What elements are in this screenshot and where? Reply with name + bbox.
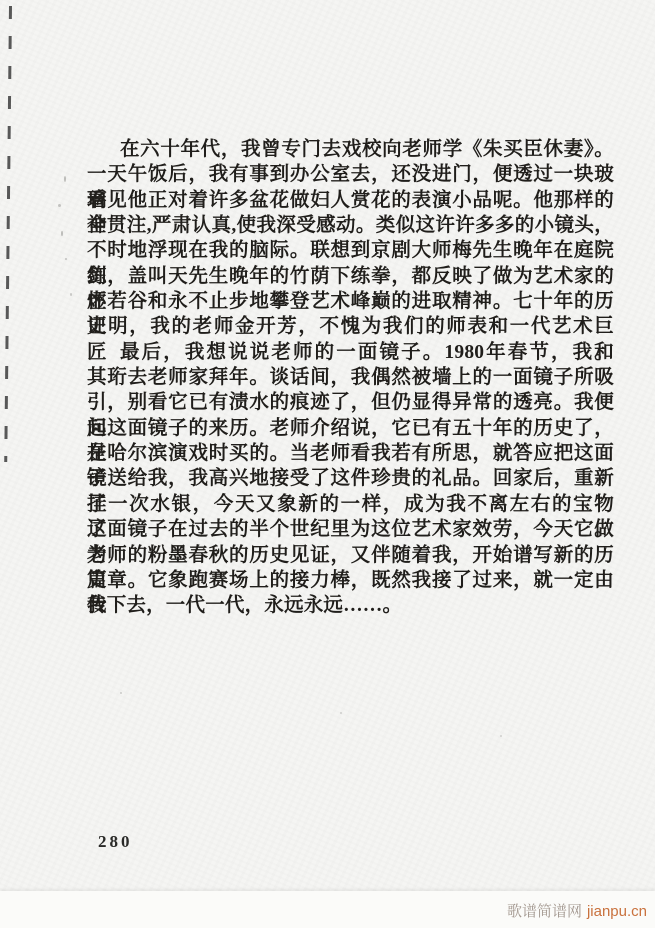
scan-speck [64, 176, 66, 182]
text-line: 证明，我的老师金开芳，不愧为我们的师表和一代艺术巨匠。 [87, 314, 614, 339]
text-line: 看见他正对着许多盆花做妇人赏花的表演小品呢。他那样的全 [87, 188, 614, 213]
text-line: 怀若谷和永不止步地攀登艺术峰巅的进取精神。七十年的历史 [87, 289, 614, 314]
text-line: 传下去，一代一代，永远永远……。 [87, 593, 614, 618]
text-line: 这面镜子在过去的半个世纪里为这位艺术家效劳，今天它做为 [87, 517, 614, 542]
watermark-site-name: 歌谱简谱网 [507, 903, 582, 920]
text-line: 老师的粉墨春秋的历史见证，又伴随着我，开始谱写新的历史 [87, 543, 614, 568]
binding-dash-line [4, 6, 11, 462]
page-number: 280 [98, 832, 133, 852]
watermark: 歌谱简谱网jianpu.cn [507, 900, 647, 921]
scan-speck [500, 735, 502, 737]
text-line: 剑，盖叫天先生晚年的竹荫下练拳，都反映了做为艺术家的虚 [87, 264, 614, 289]
page-text: 在六十年代，我曾专门去戏校向老师学《朱买臣休妻》。 一天午饭后，我有事到办公室去… [87, 137, 614, 619]
scan-speck [70, 293, 72, 296]
text-line: 在六十年代，我曾专门去戏校向老师学《朱买臣休妻》。 [87, 137, 614, 162]
scan-speck [65, 258, 67, 260]
text-line: 神贯注,严肃认真,使我深受感动。类似这许许多多的小镜头， [87, 213, 614, 238]
text-line: 篇章。它象跑赛场上的接力棒，既然我接了过来，就一定由我 [87, 568, 614, 593]
text-line: 起这面镜子的来历。老师介绍说，它已有五十年的历史了，是 [87, 416, 614, 441]
text-line: 一天午饭后，我有事到办公室去，还没进门，便透过一块玻璃 [87, 162, 614, 187]
scan-speck [58, 204, 61, 207]
text-line: 子送给我，我高兴地接受了这件珍贵的礼品。回家后，重新挂 [87, 466, 614, 491]
scan-speck [61, 231, 63, 236]
scan-speck [116, 838, 118, 840]
scan-speck [120, 692, 122, 694]
text-line: 在哈尔滨演戏时买的。当老师看我若有所思，就答应把这面镜 [87, 441, 614, 466]
text-line: 不时地浮现在我的脑际。联想到京剧大师梅先生晚年在庭院练 [87, 238, 614, 263]
text-line: 引，别看它已有渍水的痕迹了，但仍显得异常的透亮。我便问 [87, 390, 614, 415]
scan-speck [340, 712, 342, 714]
text-line: 最后，我想说说老师的一面镜子。1980年春节，我和 [87, 340, 614, 365]
scanned-page: 在六十年代，我曾专门去戏校向老师学《朱买臣休妻》。 一天午饭后，我有事到办公室去… [0, 0, 655, 928]
text-line: 其珩去老师家拜年。谈话间，我偶然被墙上的一面镜子所吸 [87, 365, 614, 390]
text-line: 了一次水银，今天又象新的一样，成为我不离左右的宝物了。 [87, 492, 614, 517]
watermark-site-url: jianpu.cn [587, 903, 647, 920]
